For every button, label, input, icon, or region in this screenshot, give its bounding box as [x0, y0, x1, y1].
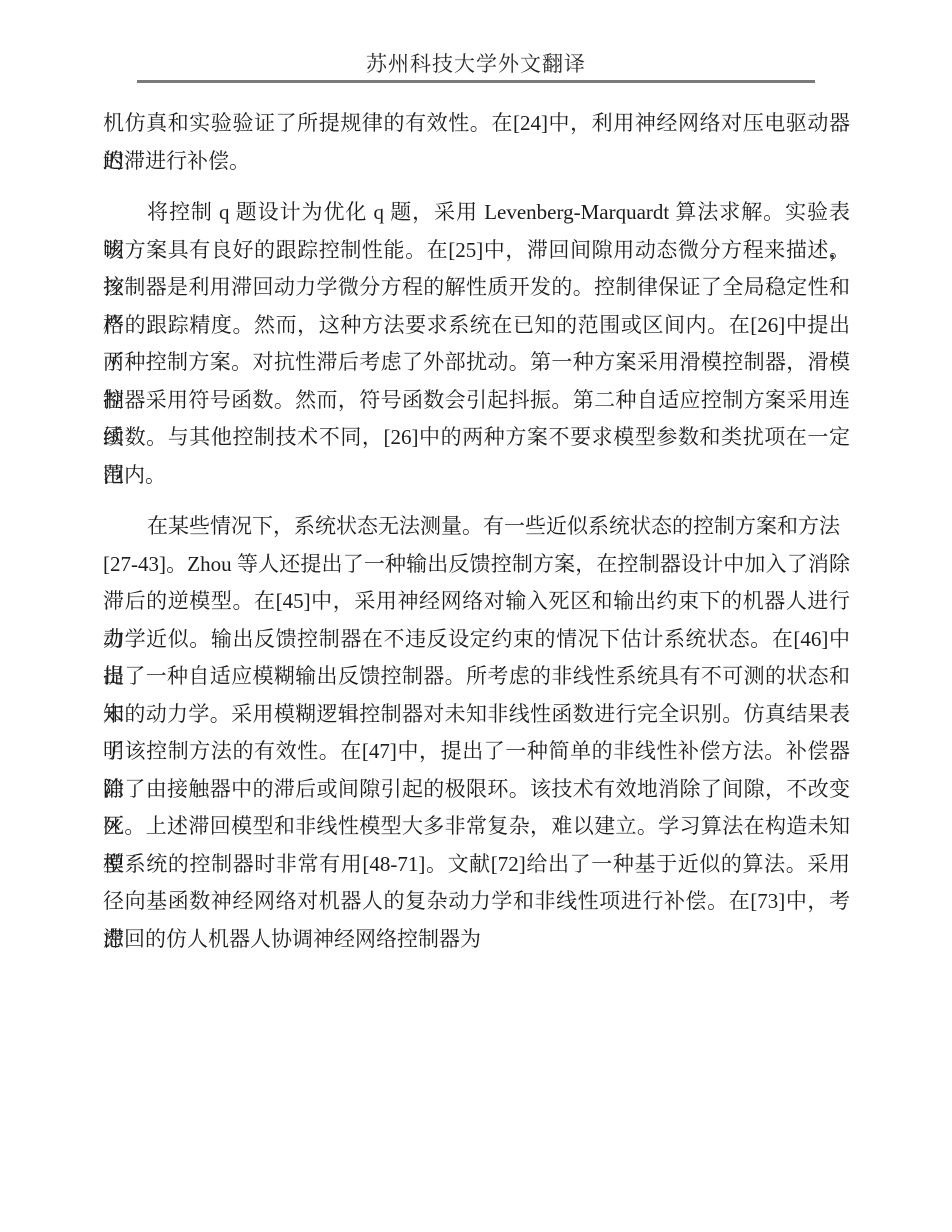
text-line: 在某些情况下，系统状态无法测量。有一些近似系统状态的控制方案和方法	[103, 508, 850, 546]
text-line: 除了由接触器中的滞后或间隙引起的极限环。该技术有效地消除了间隙，不改变死	[103, 771, 850, 809]
paragraph: 将控制 q 题设计为优化 q 题，采用 Levenberg-Marquardt …	[103, 194, 850, 494]
text-line: [27-43]。Zhou 等人还提出了一种输出反馈控制方案，在控制器设计中加入了…	[103, 546, 850, 584]
text-line: 区。上述滞回模型和非线性模型大多非常复杂，难以建立。学习算法在构造未知模	[103, 808, 850, 846]
page-header: 苏州科技大学外文翻译	[0, 0, 952, 83]
text-line: 该方案具有良好的跟踪控制性能。在[25]中，滞回间隙用动态微分方程来描述。该	[103, 232, 850, 270]
header-rule	[137, 80, 815, 83]
text-line: 格的跟踪精度。然而，这种方法要求系统在已知的范围或区间内。在[26]中提出了	[103, 307, 850, 345]
text-line: 滞后的逆模型。在[45]中，采用神经网络对输入死区和输出约束下的机器人进行动	[103, 583, 850, 621]
text-line: 出了一种自适应模糊输出反馈控制器。所考虑的非线性系统具有不可测的状态和未	[103, 658, 850, 696]
text-line: 函数。与其他控制技术不同，[26]中的两种方案不要求模型参数和类扰项在一定范	[103, 419, 850, 457]
text-line: 型系统的控制器时非常有用[48-71]。文献[72]给出了一种基于近似的算法。采…	[103, 846, 850, 884]
text-line: 滞回的仿人机器人协调神经网络控制器为	[103, 921, 850, 959]
text-line: 围内。	[103, 457, 850, 495]
text-line: 机仿真和实验验证了所提规律的有效性。在[24]中，利用神经网络对压电驱动器的	[103, 105, 850, 143]
text-line: 制器采用符号函数。然而，符号函数会引起抖振。第二种自适应控制方案采用连续	[103, 382, 850, 420]
document-body: 机仿真和实验验证了所提规律的有效性。在[24]中，利用神经网络对压电驱动器的 迟…	[103, 105, 850, 958]
document-page: 苏州科技大学外文翻译 机仿真和实验验证了所提规律的有效性。在[24]中，利用神经…	[0, 0, 952, 1232]
text-line: 将控制 q 题设计为优化 q 题，采用 Levenberg-Marquardt …	[103, 194, 850, 232]
header-title: 苏州科技大学外文翻译	[0, 52, 952, 76]
text-line: 了该控制方法的有效性。在[47]中，提出了一种简单的非线性补偿方法。补偿器消	[103, 733, 850, 771]
text-line: 径向基函数神经网络对机器人的复杂动力学和非线性项进行补偿。在[73]中，考虑	[103, 883, 850, 921]
paragraph: 在某些情况下，系统状态无法测量。有一些近似系统状态的控制方案和方法 [27-43…	[103, 508, 850, 958]
text-line: 力学近似。输出反馈控制器在不违反设定约束的情况下估计系统状态。在[46]中提	[103, 621, 850, 659]
text-line: 迟滞进行补偿。	[103, 143, 850, 181]
text-line: 知的动力学。采用模糊逻辑控制器对未知非线性函数进行完全识别。仿真结果表明	[103, 696, 850, 734]
text-line: 两种控制方案。对抗性滞后考虑了外部扰动。第一种方案采用滑模控制器，滑模控	[103, 344, 850, 382]
paragraph: 机仿真和实验验证了所提规律的有效性。在[24]中，利用神经网络对压电驱动器的 迟…	[103, 105, 850, 180]
text-line: 控制器是利用滞回动力学微分方程的解性质开发的。控制律保证了全局稳定性和严	[103, 269, 850, 307]
